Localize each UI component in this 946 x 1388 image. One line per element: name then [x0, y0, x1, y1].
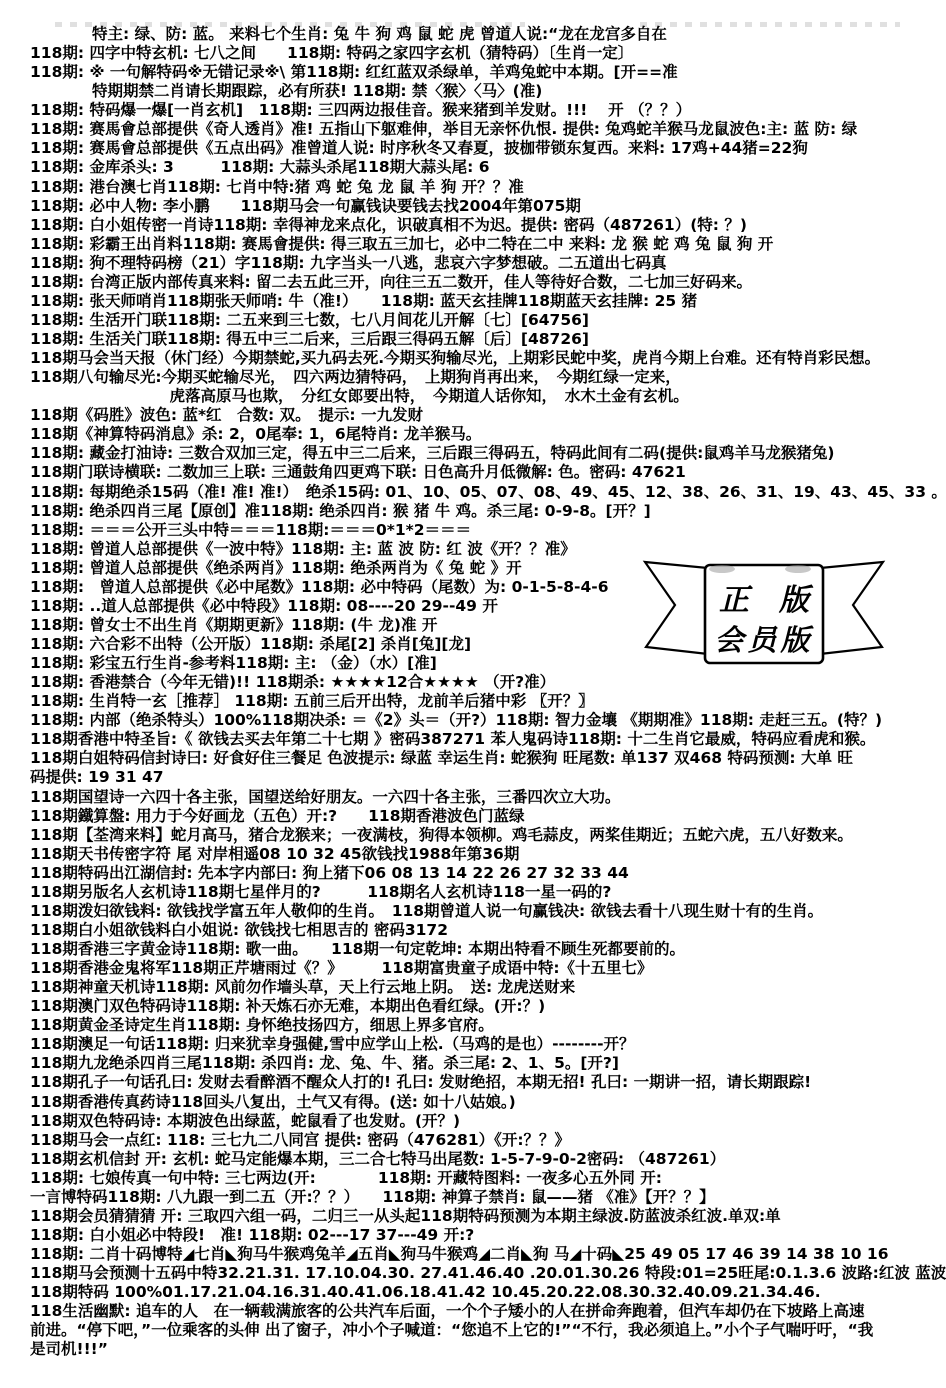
ribbon-title-top: 正 版	[719, 583, 814, 618]
doc-line: 118期: 七娘传真一句中特: 三七两边(开: 118期: 开藏特图料: 一夜多…	[30, 1169, 940, 1188]
doc-line: 118期特码 100%01.17.21.04.16.31.40.41.06.18…	[30, 1283, 940, 1302]
doc-line: 118期另版名人玄机诗118期七星伴月的? 118期名人玄机诗118一星一码的?	[30, 883, 940, 902]
doc-line: 118期: 港台澳七肖118期: 七肖中特:猪 鸡 蛇 兔 龙 鼠 羊 狗 开？…	[30, 178, 940, 197]
doc-line: 118期鐵算盤: 用力于今好画龙（五色）开:? 118期香港波色门蓝绿	[30, 807, 940, 826]
doc-line: 118期泼妇欲钱料: 欲钱找学富五年人敬仰的生肖。 118期曾道人说一句赢钱决:…	[30, 902, 940, 921]
doc-line: 一言博特码118期: 八九跟一到二五（开:？？） 118期: 神算子禁肖: 鼠—…	[30, 1188, 940, 1207]
doc-line: 118期马会一点红: 118: 三七九二八同宫 提供: 密码（476281）《开…	[30, 1131, 940, 1150]
doc-line: 118期: 狗不理特码榜（21）字118期: 九字当头一八逃，悲哀六字梦想破。二…	[30, 254, 940, 273]
doc-line: 118期香港金鬼将军118期正芹塘雨过《？》 118期富贵童子成语中特:《十五里…	[30, 959, 940, 978]
ribbon-left-wing	[645, 562, 708, 654]
doc-line: 118期天书传密字符 尾 对岸相遥08 10 32 45欲钱找1988年第36期	[30, 845, 940, 864]
doc-line: 118期《神算特码消息》杀: 2，0尾奉: 1，6尾特肖: 龙羊猴马。	[30, 425, 940, 444]
doc-line: 是司机!!!”	[30, 1340, 940, 1359]
doc-line: 118期玄机信封 开: 玄机: 蛇马定能爆本期，三二合七特马出尾数: 1-5-7…	[30, 1150, 940, 1169]
doc-line: 118生活幽默: 追车的人 在一辆载满旅客的公共汽车后面，一个个子矮小的人在拼命…	[30, 1302, 940, 1321]
doc-line: 118期【荃湾来料】蛇月高马，猪合龙猴来；一夜满枝，狗得本领柳。鸡毛蒜皮，两桨佳…	[30, 826, 940, 845]
tip-sheet-page: 特主: 绿、防: 蓝。 来料七个生肖: 兔 牛 狗 鸡 鼠 蛇 虎 曾道人说:“…	[0, 0, 946, 1388]
doc-line: 118期特码出江湖信封: 先本字内部曰: 狗上猪下06 08 13 14 22 …	[30, 864, 940, 883]
doc-line: 118期神童天机诗118期: 风前勿作墙头草，天上行云地上阴。 送: 龙虎送财来	[30, 978, 940, 997]
doc-line: 118期: 四字中特玄机: 七八之间 118期: 特码之家四字玄机（猜特码）〔生…	[30, 44, 940, 63]
scroll-curl-left	[709, 565, 735, 573]
doc-line: 118期: 必中人物: 李小鹏 118期马会一句赢钱诀要钱去找2004年第075…	[30, 197, 940, 216]
doc-line: 118期双色特码诗: 本期波色出绿蓝，蛇鼠看了也发财。(开？)	[30, 1112, 940, 1131]
doc-line: 118期: 二肖十码博特◢七肖◣狗马牛猴鸡兔羊◢五肖◣狗马牛猴鸡◢二肖◣狗 马◢…	[30, 1245, 940, 1264]
doc-line: 118期国望诗一六四十各主张，国望送给好朋友。一六四十各主张，三番四次立大功。	[30, 788, 940, 807]
doc-line: 118期: 内部（绝杀特头）100%118期决杀: ＝《2》头＝（开?）118期…	[30, 711, 940, 730]
doc-line: 118期: 每期绝杀15码（准! 准! 准!） 绝杀15码: 01、10、05、…	[30, 483, 940, 502]
doc-line: 118期白小姐欲钱料白小姐说: 欲钱找七相思吉的 密码3172	[30, 921, 940, 940]
doc-line: 码提供: 19 31 47	[30, 768, 940, 787]
doc-line: 118期: 赛馬會总部提供《五点出码》准曾道人说: 时序秋冬又春夏，披枷带锁东复…	[30, 139, 940, 158]
doc-line: 虎落高原马也欺， 分红女郎要出特， 今期道人话你知， 水木土金有玄机。	[30, 387, 940, 406]
doc-line: 118期会员猜猜猜 开: 三取四六组一码，二归三一从头起118期特码预测为本期主…	[30, 1207, 940, 1226]
doc-line: 118期: 生活开门联118期: 二五来到三七数，七八月间花儿开解〔七〕[647…	[30, 311, 940, 330]
doc-line: 118期: 金库杀头: 3 118期: 大蒜头杀尾118期大蒜头尾: 6	[30, 158, 940, 177]
doc-line: 118期香港传真药诗118回头八复出，土气又有得。(送: 如十八姑娘。)	[30, 1093, 940, 1112]
doc-line: 118期: 绝杀四肖三尾【原创】准118期: 绝杀四肖: 猴 猪 牛 鸡。杀三尾…	[30, 502, 940, 521]
ribbon-title-bottom: 会员版	[714, 623, 814, 657]
doc-line: 118期马会预测十五码中特32.21.31. 17.10.04.30. 27.4…	[30, 1264, 940, 1283]
doc-line: 前进。“停下吧，”一位乘客的头伸 出了窗子，冲小个子喊道：“您追不上它的!”“不…	[30, 1321, 940, 1340]
doc-line: 118期: 台湾正版内部传真来料: 留二去五此三开，向往三五二数开，佳人等待好合…	[30, 273, 940, 292]
doc-line: 118期香港三字黄金诗118期: 歌一曲。 118期一句定乾坤: 本期出特看不顾…	[30, 940, 940, 959]
doc-line: 118期黄金圣诗定生肖118期: 身怀绝技扬四方，细思上界多官府。	[30, 1016, 940, 1035]
doc-line: 118期九龙绝杀四肖三尾118期: 杀四肖: 龙、兔、牛、猪。杀三尾: 2、1、…	[30, 1054, 940, 1073]
doc-line: 特主: 绿、防: 蓝。 来料七个生肖: 兔 牛 狗 鸡 鼠 蛇 虎 曾道人说:“…	[30, 25, 940, 44]
doc-line: 118期马会当天报（休门经）今期禁蛇,买九码去死.今期买狗输尽光，上期彩民蛇中奖…	[30, 349, 940, 368]
doc-line: 118期: 白小姐传密一肖诗118期: 幸得神龙来点化，识破真相不为迟。提供: …	[30, 216, 940, 235]
doc-line: 118期: 张天师哨肖118期张天师哨: 牛（准!） 118期: 蓝天玄挂牌11…	[30, 292, 940, 311]
doc-line: 118期: 特码爆一爆[一肖玄机] 118期: 三四两边报佳音。猴来猪到羊发财。…	[30, 101, 940, 120]
doc-line: 118期孔子一句话孔曰: 发财去看醉酒不醒众人打的! 孔曰: 发财绝招，本期无招…	[30, 1073, 940, 1092]
doc-line: 118期《码胜》波色: 蓝*红 合数: 双。 提示: 一九发财	[30, 406, 940, 425]
doc-line: 118期门联诗横联: 二数加三上联: 三通鼓角四更鸡下联: 日色高升月低微解: …	[30, 463, 940, 482]
doc-lines: 特主: 绿、防: 蓝。 来料七个生肖: 兔 牛 狗 鸡 鼠 蛇 虎 曾道人说:“…	[30, 25, 940, 1359]
doc-line: 118期: 赛馬會总部提供《奇人透肖》准! 五指山下躯难伸，举目无亲怀仇恨. 提…	[30, 120, 940, 139]
doc-line: 118期: 香港禁合（今年无错)!! 118期杀: ★★★★12合★★★★ （开…	[30, 673, 940, 692]
doc-line: 118期: 彩霸王出肖料118期: 赛馬會提供: 得三取五三加七，必中二特在二中…	[30, 235, 940, 254]
doc-line: 118期: 藏金打油诗: 三数合双加三定，得五中三二后来，三后跟三得码五，特码此…	[30, 444, 940, 463]
doc-line: 118期香港中特圣旨:《 欲钱去买去年第二十七期 》密码387271 苯人鬼码诗…	[30, 730, 940, 749]
doc-line: 118期澳足一句话118期: 归来犹幸身强健,雪中应学山上松.（马鸡的是也）--…	[30, 1035, 940, 1054]
doc-line: 118期白姐特码信封诗曰: 好食好住三餐足 色波提示: 绿蓝 幸运生肖: 蛇猴狗…	[30, 749, 940, 768]
doc-line: 118期: ※ 一句解特码※无错记录※\ 第118期: 红红蓝双杀绿单，羊鸡兔蛇…	[30, 63, 940, 82]
doc-line: 118期: ＝＝＝公开三头中特＝＝＝118期:＝＝＝0*1*2＝＝＝	[30, 521, 940, 540]
doc-line: 118期: 白小姐必中特段! 准! 118期: 02---17 37---49 …	[30, 1226, 940, 1245]
doc-line: 118期: 生活关门联118期: 得五中三二后来，三后跟三得码五解〔后〕[487…	[30, 330, 940, 349]
doc-line: 118期: 生肖特一玄［推荐］ 118期: 五前三后开出特，龙前羊后猪中彩 〖开…	[30, 692, 940, 711]
ribbon-right-wing	[820, 562, 883, 654]
doc-line: 118期八句输尽光:今期买蛇输尽光， 四六两边猜特码， 上期狗肖再出来， 今期红…	[30, 368, 940, 387]
member-edition-ribbon: 正 版 会员版	[642, 554, 886, 670]
scroll-curl-right	[785, 565, 811, 573]
doc-line: 118期澳门双色特码诗118期: 补天炼石亦无难，本期出色看红绿。(开:？)	[30, 997, 940, 1016]
doc-line: 特期期禁二肖请长期跟踪，必有所获! 118期: 禁〈猴〉〈马〉(准)	[30, 82, 940, 101]
